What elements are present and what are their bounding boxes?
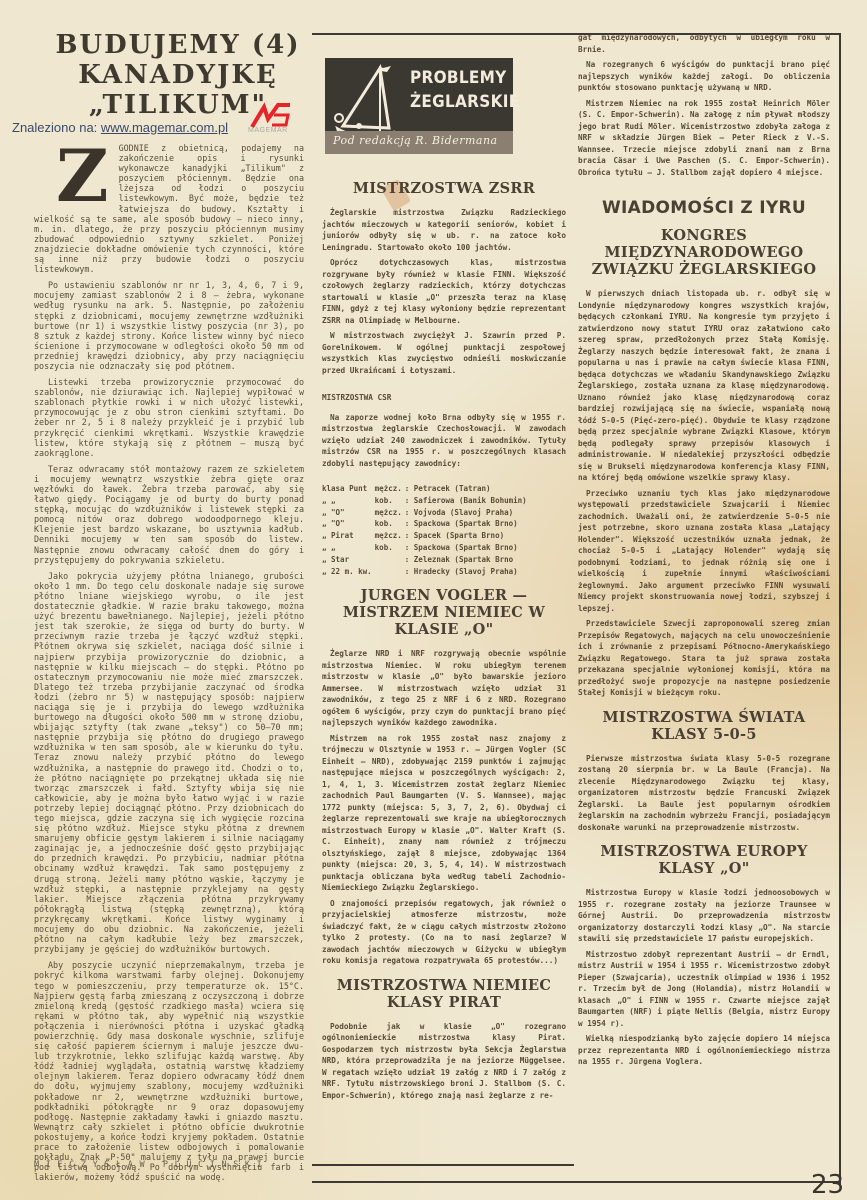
csr-cell-cat: mężcz. [375, 530, 405, 542]
paragraph: Na rozegranych 6 wyścigów do punktacji b… [578, 59, 830, 94]
paragraph: Mistrzostwa Europy w klasie łodzi jednoo… [578, 887, 830, 945]
csr-result-row: „ „kob.: Safierowa (Banik Bohumin) [322, 495, 530, 507]
paragraph: Jako pokrycia użyjemy płótna lnianego, g… [34, 571, 304, 955]
csr-cell-klasa: „ Star [322, 554, 375, 566]
paragraph: O znajomości przepisów regatowych, jak r… [322, 898, 566, 967]
csr-result-row: „ "O"kob.: Spackowa (Spartak Brno) [322, 518, 530, 530]
csr-cell-klasa: „ "O" [322, 507, 375, 519]
article-title-line-2: KANADYJKĘ [34, 60, 304, 90]
article-title-line-1: BUDUJEMY (4) [34, 30, 304, 60]
csr-result-row: klasa Puntmężcz.: Petracek (Tatran) [322, 483, 530, 495]
banner-title-line-1: PROBLEMY [410, 66, 519, 90]
paragraph: Listewki trzeba prowizorycznie przymocow… [34, 377, 304, 458]
section-heading: MISTRZOSTWA ZSRR [322, 180, 566, 197]
csr-cell-winner: : Safierowa (Banik Bohumin) [405, 495, 530, 507]
csr-cell-cat: kob. [375, 542, 405, 554]
section-heading: KONGRES MIĘDZYNARODOWEGO ZWIĄZKU ŻEGLARS… [578, 227, 830, 278]
csr-cell-winner: : Petracek (Tatran) [405, 483, 530, 495]
csr-cell-cat: kob. [375, 495, 405, 507]
banner-title: PROBLEMY ŻEGLARSKIE [410, 66, 519, 114]
csr-cell-cat: kob. [375, 518, 405, 530]
magemar-logo-text: MAGEMAR [248, 127, 288, 134]
paragraph: Przedstawiciele Szwecji zaproponowali sz… [578, 618, 830, 699]
left-article-body: Z GODNIE z obietnicą, podajemy na zakońc… [34, 143, 304, 1188]
middle-column: MISTRZOSTWA ZSRR Żeglarskie mistrzostwa … [322, 170, 566, 1105]
csr-cell-winner: : Spackowa (Spartak Brno) [405, 518, 530, 530]
paragraph: Na zaporze wodnej koło Brna odbyły się w… [322, 412, 566, 470]
csr-cell-winner: : Spacek (Sparta Brno) [405, 530, 530, 542]
paragraph: W pierwszych dniach listopada ub. r. odb… [578, 288, 830, 484]
paragraph: Przeciwko uznaniu tych klas jako międzyn… [578, 488, 830, 615]
csr-result-row: „ 22 m. kw.: Hradecky (Slavoj Praha) [322, 566, 530, 578]
section-subheading: MISTRZOSTWA CSR [322, 392, 566, 404]
paragraph: Po ustawieniu szablonów nr nr 1, 3, 4, 6… [34, 280, 304, 371]
csr-result-row: „ Piratmężcz.: Spacek (Sparta Brno) [322, 530, 530, 542]
section-heading: MISTRZOSTWA NIEMIEC KLASY PIRAT [322, 977, 566, 1011]
csr-cell-winner: : Vojvoda (Slavoj Praha) [405, 507, 530, 519]
paragraph: Wielką niespodzianką było zajęcie dopier… [578, 1033, 830, 1068]
csr-cell-klasa: „ "O" [322, 518, 375, 530]
banner-title-line-2: ŻEGLARSKIE [410, 90, 519, 114]
csr-cell-winner: : Zeleznak (Spartak Brno [405, 554, 530, 566]
section-heading: MISTRZOSTWA EUROPY KLASY „O" [578, 843, 830, 877]
csr-result-row: „ "O"mężcz.: Vojvoda (Slavoj Praha) [322, 507, 530, 519]
frame-divider [312, 1181, 841, 1183]
paragraph: Pierwsze mistrzostwa świata klasy 5-0-5 … [578, 753, 830, 834]
csr-cell-klasa: klasa Punt [322, 483, 375, 495]
paragraph: Podobnie jak w klasie „O" rozegrano ogól… [322, 1021, 566, 1102]
watermark-link[interactable]: www.magemar.com.pl [101, 120, 228, 135]
paragraph: Żeglarskie mistrzostwa Związku Radziecki… [322, 207, 566, 253]
csr-cell-cat: mężcz. [375, 507, 405, 519]
csr-result-row: „ „kob.: Spackowa (Spartak Brno) [322, 542, 530, 554]
banner-subtitle-strip: Pod redakcją R. Bidermana [325, 131, 513, 154]
paragraph: Mistrzostwo zdobył reprezentant Austrii … [578, 949, 830, 1030]
csr-cell-klasa: „ Pirat [322, 530, 375, 542]
csr-cell-cat [375, 566, 405, 578]
csr-cell-winner: : Spackowa (Spartak Brno) [405, 542, 530, 554]
right-column: gat międzynarodowych, odbytych w ubiegły… [578, 32, 830, 1072]
csr-cell-winner: : Hradecky (Slavoj Praha) [405, 566, 530, 578]
csr-cell-cat [375, 554, 405, 566]
author-signature: MIECZYSŁAW PLUCIŃSKI [34, 1160, 304, 1170]
section-heading: JURGEN VOGLER — MISTRZEM NIEMIEC W KLASI… [322, 587, 566, 638]
banner-subtitle: Pod redakcją R. Bidermana [333, 134, 498, 147]
csr-result-row: „ Star: Zeleznak (Spartak Brno [322, 554, 530, 566]
csr-cell-klasa: „ „ [322, 495, 375, 507]
paragraph: Teraz odwracamy stół montażowy razem ze … [34, 464, 304, 565]
paragraph: Oprócz dotychczasowych klas, mistrzostwa… [322, 257, 566, 326]
paragraph: Mistrzem na rok 1955 został nasz znajomy… [322, 733, 566, 894]
paragraph: Mistrzem Niemiec na rok 1955 został Hein… [578, 98, 830, 179]
section-heading: MISTRZOSTWA ŚWIATA KLASY 5-0-5 [578, 709, 830, 743]
csr-results-table: klasa Puntmężcz.: Petracek (Tatran)„ „ko… [322, 483, 530, 577]
paragraph: W mistrzostwach zwyciężył J. Szawrin prz… [322, 330, 566, 376]
page-number: 23 [811, 1170, 844, 1200]
paragraph: Żeglarze NRD i NRF rozgrywają obecnie ws… [322, 648, 566, 729]
csr-cell-cat: mężcz. [375, 483, 405, 495]
frame-divider [312, 1164, 574, 1166]
paragraph: gat międzynarodowych, odbytych w ubiegły… [578, 32, 830, 55]
dropcap: Z [56, 145, 109, 207]
section-heading-iyru: WIADOMOŚCI Z IYRU [578, 200, 830, 217]
csr-cell-klasa: „ „ [322, 542, 375, 554]
csr-cell-klasa: „ 22 m. kw. [322, 566, 375, 578]
paragraph: Aby poszycie uczynić nieprzemakalnym, tr… [34, 960, 304, 1182]
